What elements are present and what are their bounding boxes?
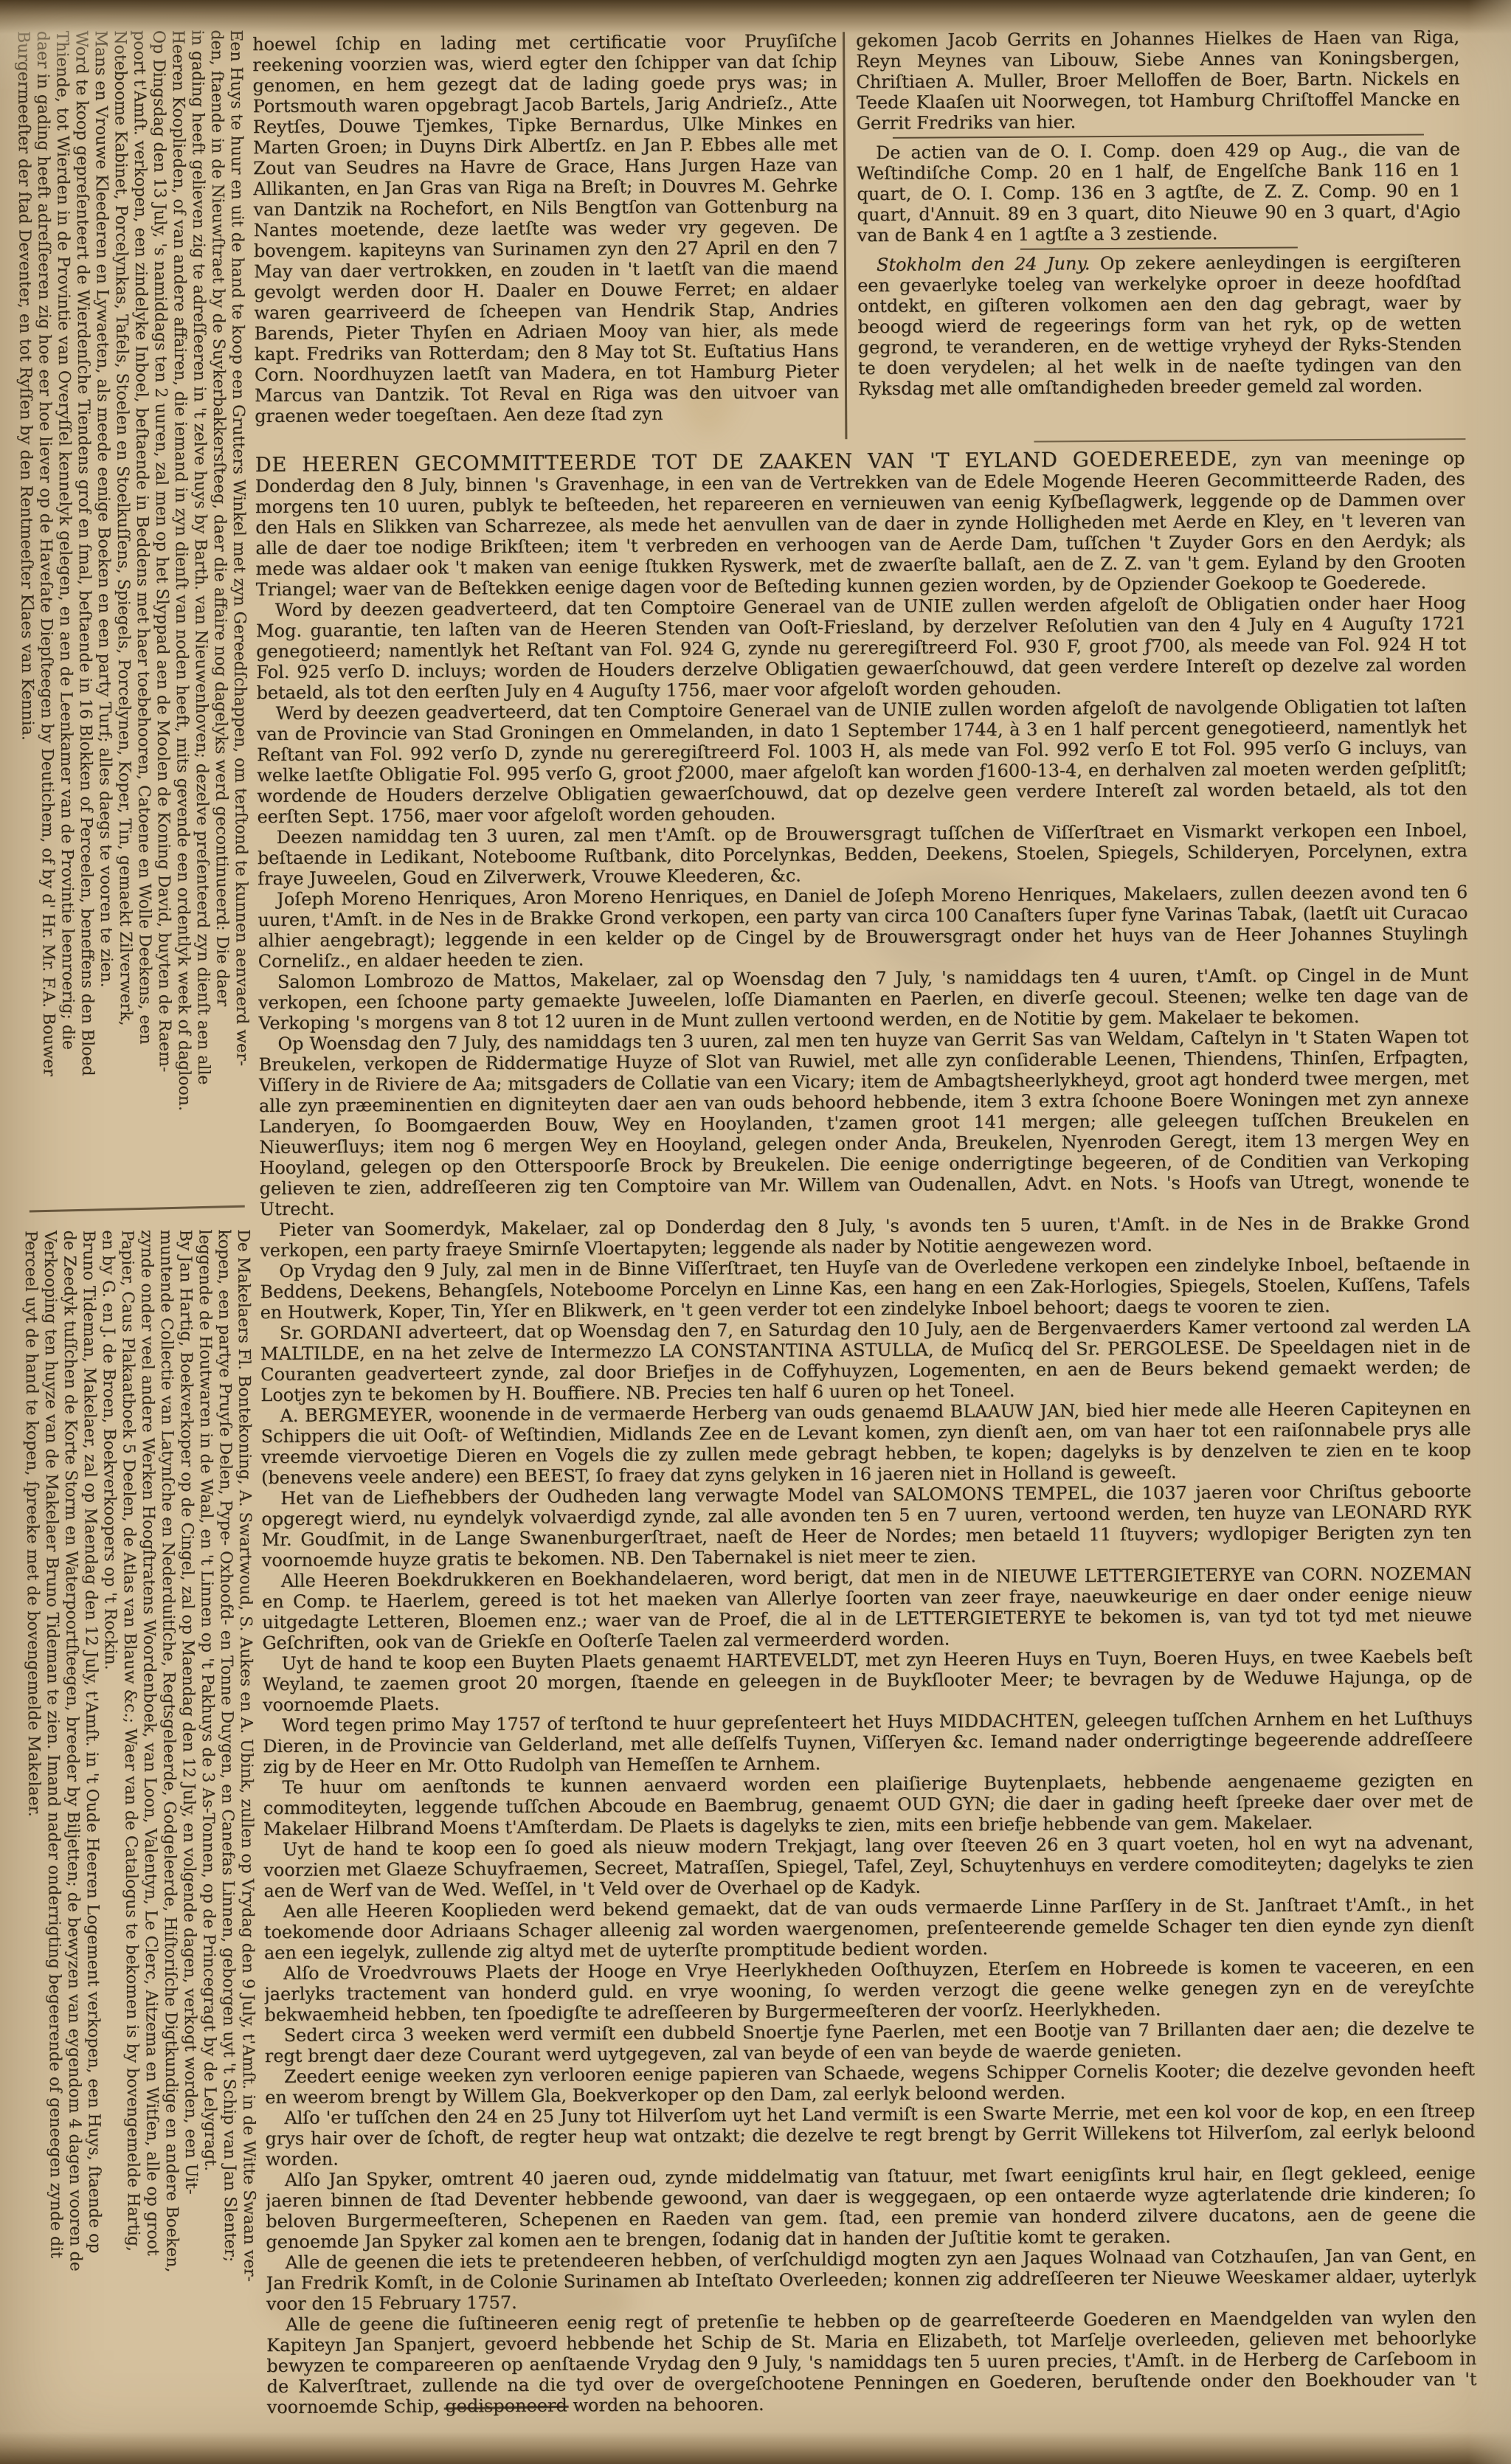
scan-vignette	[0, 0, 1511, 2464]
